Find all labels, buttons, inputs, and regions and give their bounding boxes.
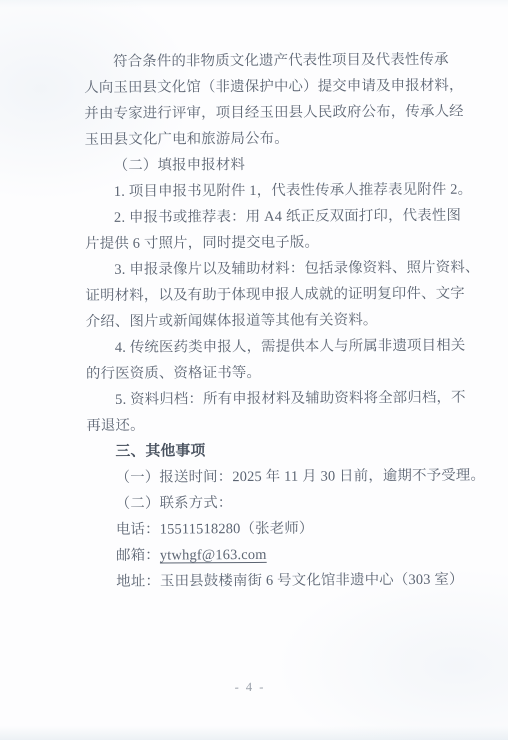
text-line: 介绍、图片或新闻媒体报道等其他有关资料。 [86, 307, 466, 335]
phone-line: 电话：15511518280（张老师） [87, 515, 467, 543]
text-line: 证明材料，以及有助于体现申报人成就的证明复印件、文字 [85, 281, 465, 309]
address-line: 地址：玉田县鼓楼南街 6 号文化馆非遗中心（303 室） [87, 567, 467, 595]
text-line: （二）联系方式： [87, 489, 467, 517]
text-line: 再退还。 [86, 411, 466, 439]
text-line: 1. 项目申报书见附件 1，代表性传承人推荐表见附件 2。 [85, 177, 465, 205]
text-line: 5. 资料归档：所有申报材料及辅助资料将全部归档，不 [86, 385, 466, 413]
text-line: 的行医资质、资格证书等。 [86, 359, 466, 387]
text-line: （二）填报申报材料 [85, 151, 465, 179]
text-line: 并由专家进行评审，项目经玉田县人民政府公布，传承人经 [84, 99, 464, 127]
text-line: 片提供 6 寸照片，同时提交电子版。 [85, 229, 465, 257]
text-line: 3. 申报录像片以及辅助材料：包括录像资料、照片资料、 [85, 255, 465, 283]
page-number: - 4 - [235, 680, 266, 694]
section-heading: 三、其他事项 [86, 437, 466, 465]
email-line: 邮箱：ytwhgf@163.com [87, 541, 467, 569]
document-page: 符合条件的非物质文化遗产代表性项目及代表性传承人向玉田县文化馆（非遗保护中心）提… [0, 0, 508, 740]
email-link[interactable]: ytwhgf@163.com [160, 547, 267, 564]
page-footer: - 4 - [0, 676, 500, 697]
text-line: 2. 申报书或推荐表：用 A4 纸正反双面打印，代表性图 [85, 203, 465, 231]
document-body: 符合条件的非物质文化遗产代表性项目及代表性传承人向玉田县文化馆（非遗保护中心）提… [84, 47, 467, 595]
text-line: 人向玉田县文化馆（非遗保护中心）提交申请及申报材料， [84, 73, 464, 101]
document-paragraphs: 符合条件的非物质文化遗产代表性项目及代表性传承人向玉田县文化馆（非遗保护中心）提… [84, 47, 467, 517]
text-line: 符合条件的非物质文化遗产代表性项目及代表性传承 [84, 47, 464, 75]
text-line: （一）报送时间：2025 年 11 月 30 日前，逾期不予受理。 [87, 463, 467, 491]
text-line: 玉田县文化广电和旅游局公布。 [84, 125, 464, 153]
email-label: 邮箱： [116, 548, 160, 564]
text-line: 4. 传统医药类申报人，需提供本人与所属非遗项目相关 [86, 333, 466, 361]
